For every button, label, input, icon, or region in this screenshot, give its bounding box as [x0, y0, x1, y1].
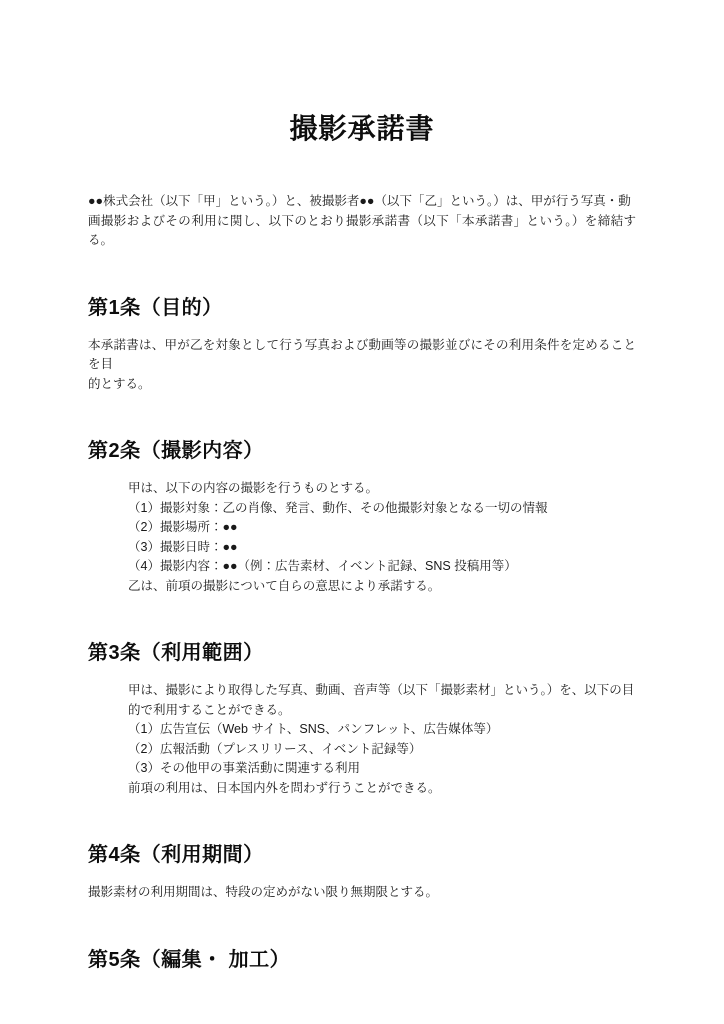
article-4-usage-period: 第4条（利用期間） 撮影素材の利用期間は、特段の定めがない限り無期限とする。: [88, 842, 636, 903]
document-page: 撮影承諾書 ●●株式会社（以下「甲」という。）と、被撮影者●●（以下「乙」という…: [0, 0, 724, 1024]
article-2-heading: 第2条（撮影内容）: [88, 438, 636, 464]
article-3-heading: 第3条（利用範囲）: [88, 640, 636, 666]
document-title: 撮影承諾書: [88, 110, 636, 148]
article-1-body: 本承諾書は、甲が乙を対象として行う写真および動画等の撮影並びにその利用条件を定め…: [88, 336, 636, 395]
article-2-shooting-details: 第2条（撮影内容） 甲は、以下の内容の撮影を行うものとする。 （1）撮影対象：乙…: [88, 438, 636, 596]
article-1-heading: 第1条（目的）: [88, 295, 636, 321]
article-2-body: 甲は、以下の内容の撮影を行うものとする。 （1）撮影対象：乙の肖像、発言、動作、…: [128, 479, 636, 596]
article-4-body: 撮影素材の利用期間は、特段の定めがない限り無期限とする。: [88, 883, 636, 903]
article-5-editing-processing: 第5条（編集・ 加工）: [88, 947, 636, 973]
article-4-heading: 第4条（利用期間）: [88, 842, 636, 868]
article-5-heading: 第5条（編集・ 加工）: [88, 947, 636, 973]
article-3-body: 甲は、撮影により取得した写真、動画、音声等（以下「撮影素材」という。）を、以下の…: [128, 681, 636, 798]
intro-paragraph: ●●株式会社（以下「甲」という。）と、被撮影者●●（以下「乙」という。）は、甲が…: [88, 192, 636, 251]
article-3-scope-of-use: 第3条（利用範囲） 甲は、撮影により取得した写真、動画、音声等（以下「撮影素材」…: [88, 640, 636, 798]
article-1-purpose: 第1条（目的） 本承諾書は、甲が乙を対象として行う写真および動画等の撮影並びにそ…: [88, 295, 636, 395]
